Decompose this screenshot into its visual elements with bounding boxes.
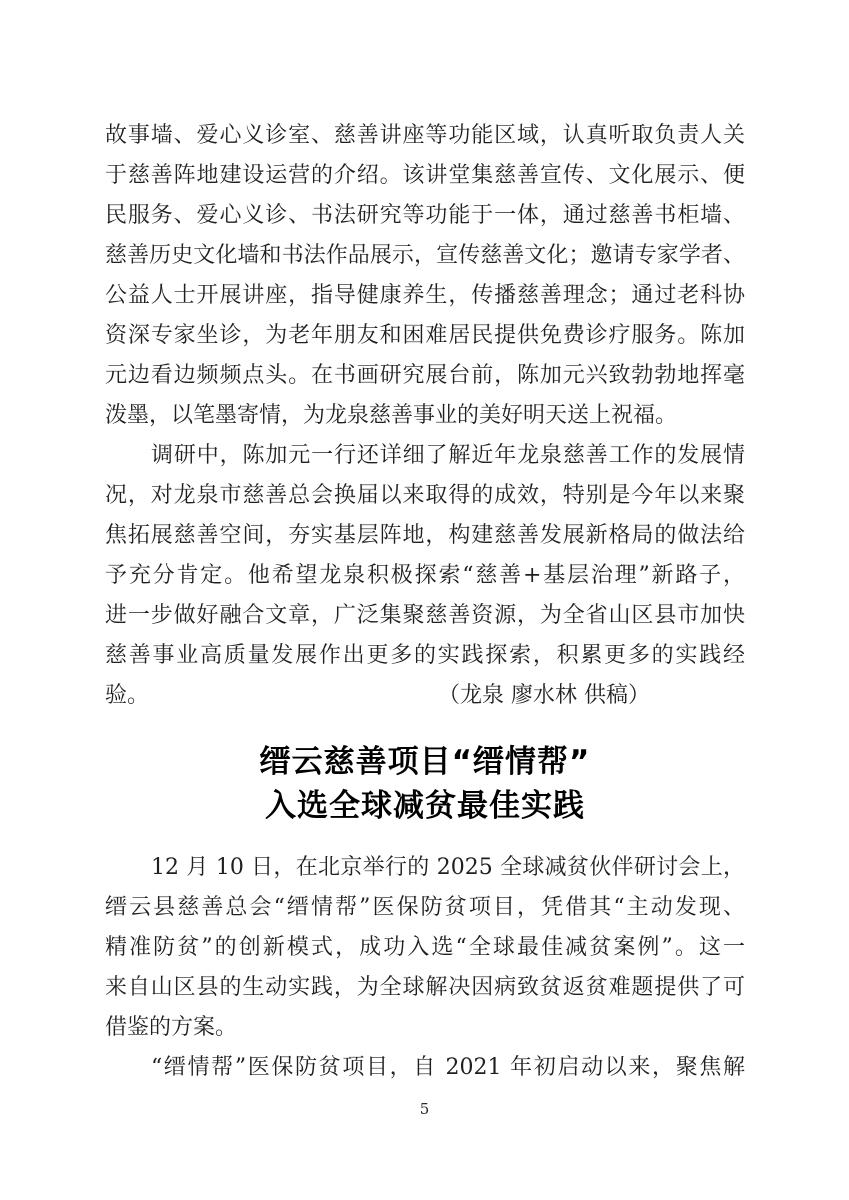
text-line: 公益人士开展讲座，指导健康养生，传播慈善理念；通过老科协: [105, 276, 745, 316]
paragraph-body: “缙情帮”医保防贫项目，自 2021 年初启动以来，聚焦解: [105, 1048, 745, 1088]
paragraph-lead: 12 月 10 日，在北京举行的 2025 全球减贫伙伴研讨会上，缙云县慈善总会…: [105, 848, 745, 1048]
text-line: 况，对龙泉市慈善总会换届以来取得的成效，特别是今年以来聚: [105, 476, 745, 516]
text-line: 民服务、爱心义诊、书法研究等功能于一体，通过慈善书柜墙、: [105, 196, 745, 236]
byline-attribution: （龙泉 廖水林 供稿）: [438, 676, 745, 716]
text-line: 于慈善阵地建设运营的介绍。该讲堂集慈善宣传、文化展示、便: [105, 156, 745, 196]
text-line: 故事墙、爱心义诊室、慈善讲座等功能区域，认真听取负责人关: [105, 116, 745, 156]
page-content: 故事墙、爱心义诊室、慈善讲座等功能区域，认真听取负责人关于慈善阵地建设运营的介绍…: [105, 116, 745, 1088]
text-line: 调研中，陈加元一行还详细了解近年龙泉慈善工作的发展情: [105, 436, 745, 476]
paragraph-end-text: 验。: [105, 676, 149, 716]
article-title: 缙云慈善项目“缙情帮” 入选全球减贫最佳实践: [105, 740, 745, 828]
text-line: 缙云县慈善总会“缙情帮”医保防贫项目，凭借其“主动发现、: [105, 888, 745, 928]
paragraph-final-line: 验。 （龙泉 廖水林 供稿）: [105, 676, 745, 716]
text-line: 慈善事业高质量发展作出更多的实践探索，积累更多的实践经: [105, 636, 745, 676]
text-line: 元边看边频频点头。在书画研究展台前，陈加元兴致勃勃地挥毫: [105, 356, 745, 396]
text-line: 借鉴的方案。: [105, 1008, 745, 1048]
page-number: 5: [0, 1098, 849, 1120]
text-line: 资深专家坐诊，为老年朋友和困难居民提供免费诊疗服务。陈加: [105, 316, 745, 356]
text-line: 来自山区县的生动实践，为全球解决因病致贫返贫难题提供了可: [105, 968, 745, 1008]
text-line: 焦拓展慈善空间，夯实基层阵地，构建慈善发展新格局的做法给: [105, 516, 745, 556]
text-line: “缙情帮”医保防贫项目，自 2021 年初启动以来，聚焦解: [105, 1048, 745, 1088]
text-line: 精准防贫”的创新模式，成功入选“全球最佳减贫案例”。这一: [105, 928, 745, 968]
article-title-line2: 入选全球减贫最佳实践: [105, 784, 745, 828]
paragraph-research-visit: 调研中，陈加元一行还详细了解近年龙泉慈善工作的发展情况，对龙泉市慈善总会换届以来…: [105, 436, 745, 676]
paragraph-continuation: 故事墙、爱心义诊室、慈善讲座等功能区域，认真听取负责人关于慈善阵地建设运营的介绍…: [105, 116, 745, 436]
text-line: 予充分肯定。他希望龙泉积极探索“慈善+基层治理”新路子，: [105, 556, 745, 596]
text-line: 进一步做好融合文章，广泛集聚慈善资源，为全省山区县市加快: [105, 596, 745, 636]
article-title-line1: 缙云慈善项目“缙情帮”: [105, 740, 745, 784]
document-page: 故事墙、爱心义诊室、慈善讲座等功能区域，认真听取负责人关于慈善阵地建设运营的介绍…: [0, 0, 849, 1200]
text-line: 泼墨，以笔墨寄情，为龙泉慈善事业的美好明天送上祝福。: [105, 396, 745, 436]
text-line: 12 月 10 日，在北京举行的 2025 全球减贫伙伴研讨会上，: [105, 848, 745, 888]
text-line: 慈善历史文化墙和书法作品展示，宣传慈善文化；邀请专家学者、: [105, 236, 745, 276]
